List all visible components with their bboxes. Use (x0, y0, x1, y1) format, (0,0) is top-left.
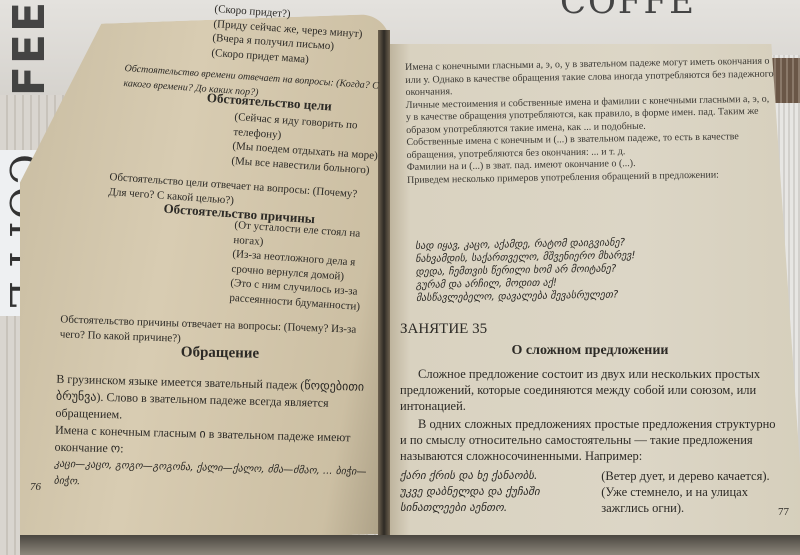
right-page-number: 77 (778, 505, 789, 520)
lesson-paragraph-2: В одних сложных предложениях простые пре… (400, 416, 785, 464)
left-top-examples: (Скоро придет?) (Приду сейчас же, через … (211, 2, 375, 71)
example-row: ქარი ქრის და ხე ქანაობს. (Ветер дует, и … (400, 468, 790, 484)
paragraph: Имена с конечными гласными а, э, о, у в … (405, 56, 776, 100)
paragraph: Личные местоимения и собственные имена и… (406, 93, 777, 137)
lesson-heading: О сложном предложении (470, 344, 710, 359)
purpose-examples: (Сейчас я иду говорить по телефону) (Мы … (231, 110, 385, 178)
address-body: В грузинском языке имеется звательный па… (53, 371, 386, 499)
right-intro: Имена с конечными гласными а, э, о, у в … (405, 56, 777, 187)
example-georgian: უკვე დაბნელდა და ქუჩაში სინათლეები აენთო… (400, 484, 587, 516)
photo-scene: FEE COFFE COFFE (Скоро придет?) (Приду с… (0, 0, 800, 555)
example-russian: (Уже стемнело, и на улицах зажглись огни… (601, 484, 790, 516)
cause-examples: (От усталости еле стоял на ногах) (Из-за… (229, 218, 385, 315)
example-row: უკვე დაბნელდა და ქუჩაში სინათლეები აენთო… (400, 484, 790, 516)
lesson-examples: ქარი ქრის და ხე ქანაობს. (Ветер дует, и … (400, 468, 790, 516)
example-russian: (Ветер дует, и дерево качается). (601, 468, 769, 484)
lesson-paragraph-1: Сложное предложение состоит из двух или … (400, 366, 785, 414)
lesson-title: ЗАНЯТИЕ 35 (400, 322, 487, 337)
georgian-example-list: სად იყავ, კაცო, აქამდე, რატომ დაიგვიანე?… (415, 235, 716, 305)
book-bottom-edge (20, 535, 800, 555)
paragraph: В грузинском языке имеется звательный па… (55, 371, 386, 431)
example-georgian: ქარი ქრის და ხე ქანაობს. (400, 468, 587, 484)
open-book: (Скоро придет?) (Приду сейчас же, через … (0, 0, 800, 555)
left-page-number: 76 (30, 480, 41, 495)
